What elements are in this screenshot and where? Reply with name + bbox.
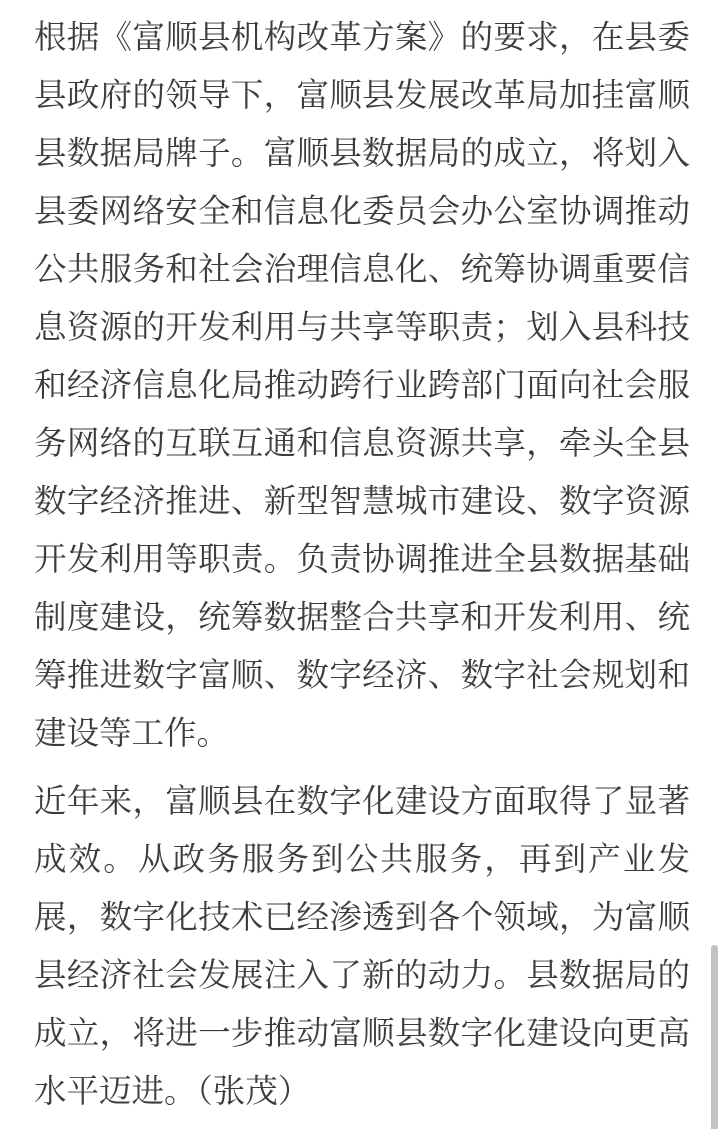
text-line: 制度建设，统筹数据整合共享和开发利用、统 xyxy=(34,588,690,646)
text-line: 成效。从政务服务到公共服务，再到产业发 xyxy=(34,830,690,888)
text-line: 公共服务和社会治理信息化、统筹协调重要信 xyxy=(34,240,690,298)
text-line: 县经济社会发展注入了新的动力。县数据局的 xyxy=(34,946,690,1004)
text-line: 开发利用等职责。负责协调推进全县数据基础 xyxy=(34,530,690,588)
text-line: 县政府的领导下，富顺县发展改革局加挂富顺 xyxy=(34,66,690,124)
text-line: 县数据局牌子。富顺县数据局的成立，将划入 xyxy=(34,124,690,182)
text-line: 县委网络安全和信息化委员会办公室协调推动 xyxy=(34,182,690,240)
text-line: 根据《富顺县机构改革方案》的要求，在县委 xyxy=(34,8,690,66)
paragraph-2: 近年来，富顺县在数字化建设方面取得了显著 成效。从政务服务到公共服务，再到产业发… xyxy=(34,772,690,1120)
scrollbar-thumb[interactable] xyxy=(711,945,718,1129)
text-line: 务网络的互联互通和信息资源共享，牵头全县 xyxy=(34,414,690,472)
text-line: 建设等工作。 xyxy=(34,704,690,762)
text-line: 筹推进数字富顺、数字经济、数字社会规划和 xyxy=(34,646,690,704)
text-line: 和经济信息化局推动跨行业跨部门面向社会服 xyxy=(34,356,690,414)
text-line: 数字经济推进、新型智慧城市建设、数字资源 xyxy=(34,472,690,530)
text-line: 水平迈进。（张茂） xyxy=(34,1062,690,1120)
text-line: 展，数字化技术已经渗透到各个领域，为富顺 xyxy=(34,888,690,946)
text-line: 成立，将进一步推动富顺县数字化建设向更高 xyxy=(34,1004,690,1062)
article-body: 根据《富顺县机构改革方案》的要求，在县委 县政府的领导下，富顺县发展改革局加挂富… xyxy=(0,0,720,1120)
text-line: 近年来，富顺县在数字化建设方面取得了显著 xyxy=(34,772,690,830)
paragraph-1: 根据《富顺县机构改革方案》的要求，在县委 县政府的领导下，富顺县发展改革局加挂富… xyxy=(34,8,690,762)
text-line: 息资源的开发利用与共享等职责；划入县科技 xyxy=(34,298,690,356)
